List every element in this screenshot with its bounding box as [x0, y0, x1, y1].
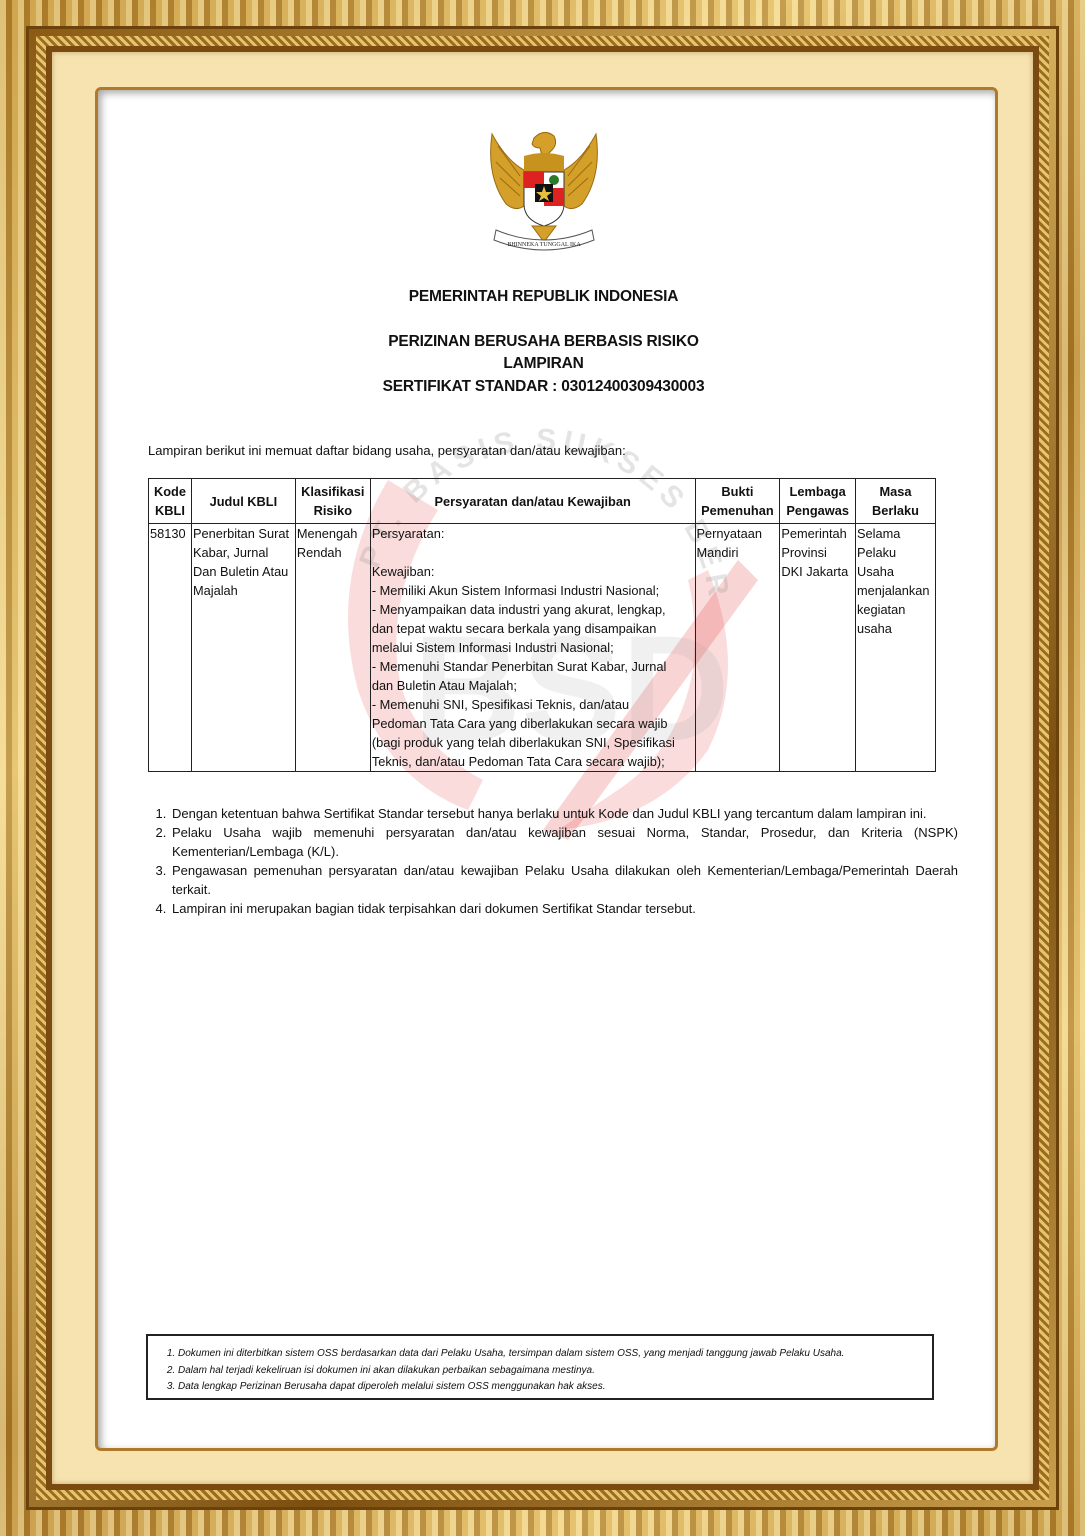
footer-item: Dalam hal terjadi kekeliruan isi dokumen…: [178, 1363, 932, 1380]
note-item: Dengan ketentuan bahwa Sertifikat Standa…: [170, 804, 958, 823]
cell-persyaratan: Persyaratan: Kewajiban: - Memiliki Akun …: [370, 524, 695, 772]
notes-list: Dengan ketentuan bahwa Sertifikat Standa…: [148, 804, 958, 918]
intro-text: Lampiran berikut ini memuat daftar bidan…: [148, 443, 626, 458]
garuda-emblem-icon: BHINNEKA TUNGGAL IKA: [484, 126, 604, 260]
cell-klasifikasi: MenengahRendah: [295, 524, 370, 772]
table-row: 58130 Penerbitan SuratKabar, JurnalDan B…: [149, 524, 936, 772]
kbli-table: KodeKBLI Judul KBLI KlasifikasiRisiko Pe…: [148, 478, 936, 772]
cell-kode: 58130: [149, 524, 192, 772]
cell-lembaga: PemerintahProvinsiDKI Jakarta: [780, 524, 856, 772]
cell-judul: Penerbitan SuratKabar, JurnalDan Buletin…: [191, 524, 295, 772]
document-title: PERIZINAN BERUSAHA BERBASIS RISIKO: [95, 333, 992, 351]
government-heading: PEMERINTAH REPUBLIK INDONESIA: [95, 288, 992, 306]
footer-item: Data lengkap Perizinan Berusaha dapat di…: [178, 1379, 932, 1396]
document-subtitle: LAMPIRAN: [95, 355, 992, 373]
header-kode-kbli: KodeKBLI: [149, 479, 192, 524]
note-item: Lampiran ini merupakan bagian tidak terp…: [170, 899, 958, 918]
header-masa-berlaku: MasaBerlaku: [855, 479, 935, 524]
footer-disclaimer-box: Dokumen ini diterbitkan sistem OSS berda…: [146, 1334, 934, 1400]
note-item: Pengawasan pemenuhan persyaratan dan/ata…: [170, 861, 958, 899]
footer-item: Dokumen ini diterbitkan sistem OSS berda…: [178, 1346, 932, 1363]
cell-bukti: PernyataanMandiri: [695, 524, 780, 772]
table-header-row: KodeKBLI Judul KBLI KlasifikasiRisiko Pe…: [149, 479, 936, 524]
header-bukti-pemenuhan: BuktiPemenuhan: [695, 479, 780, 524]
header-persyaratan: Persyaratan dan/atau Kewajiban: [370, 479, 695, 524]
cell-masa: SelamaPelakuUsahamenjalankankegiatanusah…: [855, 524, 935, 772]
certificate-number: SERTIFIKAT STANDAR : 03012400309430003: [95, 378, 992, 396]
header-klasifikasi-risiko: KlasifikasiRisiko: [295, 479, 370, 524]
svg-text:BHINNEKA TUNGGAL IKA: BHINNEKA TUNGGAL IKA: [507, 242, 581, 248]
note-item: Pelaku Usaha wajib memenuhi persyaratan …: [170, 823, 958, 861]
header-lembaga-pengawas: LembagaPengawas: [780, 479, 856, 524]
header-judul-kbli: Judul KBLI: [191, 479, 295, 524]
